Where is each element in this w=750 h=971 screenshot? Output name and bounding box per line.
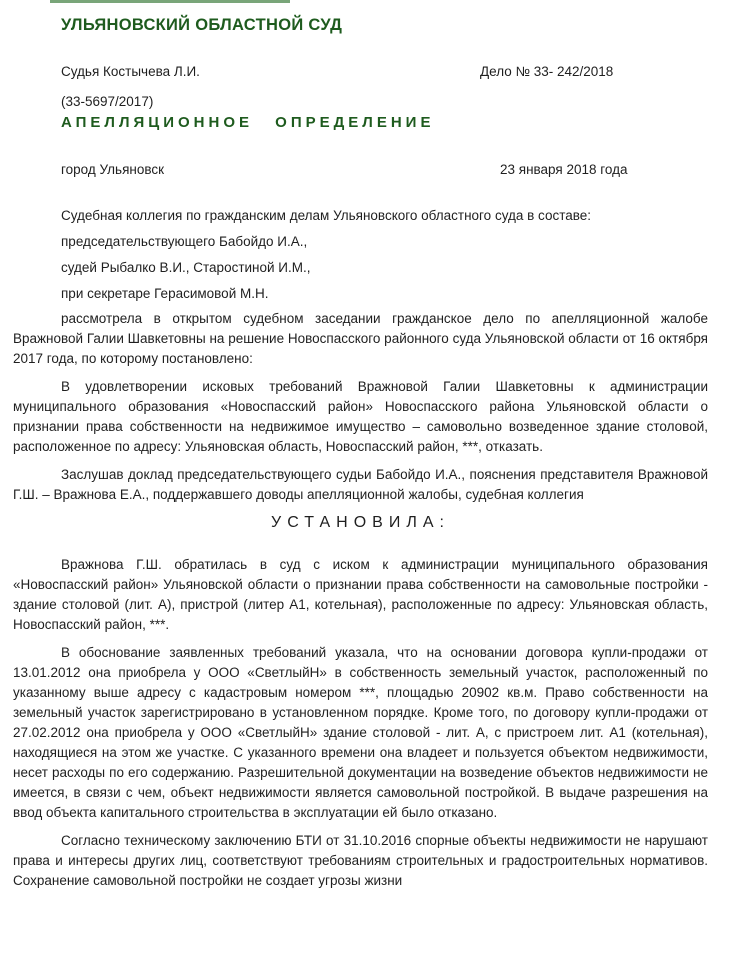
place-date-row: город Ульяновск 23 января 2018 года (13, 160, 708, 180)
presiding-judge: председательствующего Бабойдо И.А., (13, 232, 708, 252)
cropped-line-artifact (50, 0, 290, 3)
court-name: УЛЬЯНОВСКИЙ ОБЛАСТНОЙ СУД (13, 14, 708, 36)
case-number: Дело № 33- 242/2018 (480, 62, 613, 82)
paragraph-claim-grounds: В обоснование заявленных требований указ… (13, 643, 708, 823)
paragraph-case-heard: рассмотрела в открытом судебном заседани… (13, 309, 708, 369)
court-decision-document: УЛЬЯНОВСКИЙ ОБЛАСТНОЙ СУД Судья Костычев… (0, 0, 750, 971)
document-type-heading: АПЕЛЛЯЦИОННОЕ ОПРЕДЕЛЕНИЕ (13, 112, 708, 134)
decision-date: 23 января 2018 года (500, 160, 628, 180)
judge-name: Судья Костычева Л.И. (61, 64, 200, 79)
panel-judges: судей Рыбалко В.И., Старостиной И.М., (13, 258, 708, 278)
paragraph-bti-conclusion: Согласно техническому заключению БТИ от … (13, 831, 708, 891)
document-body: УЛЬЯНОВСКИЙ ОБЛАСТНОЙ СУД Судья Костычев… (0, 0, 750, 891)
case-info-row: Судья Костычева Л.И. Дело № 33- 242/2018 (13, 62, 708, 82)
paragraph-claim: Вражнова Г.Ш. обратилась в суд с иском к… (13, 555, 708, 635)
paragraph-report: Заслушав доклад председательствующего су… (13, 465, 708, 505)
court-secretary: при секретаре Герасимовой М.Н. (13, 284, 708, 304)
city-name: город Ульяновск (61, 162, 164, 177)
panel-intro: Судебная коллегия по гражданским делам У… (13, 206, 708, 226)
previous-case-number: (33-5697/2017) (13, 92, 708, 112)
paragraph-lower-court-ruling: В удовлетворении исковых требований Враж… (13, 377, 708, 457)
established-heading: УСТАНОВИЛА: (13, 513, 708, 533)
